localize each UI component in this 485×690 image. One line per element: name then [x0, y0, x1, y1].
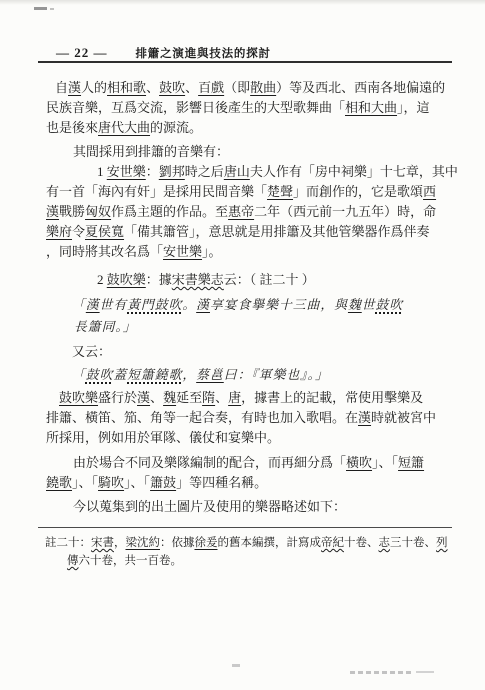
scan-artifact: [50, 8, 54, 10]
underlined-term: 帝紀: [321, 537, 344, 549]
running-title: 排簫之演進與技法的探討: [136, 48, 271, 60]
text-segment: ，同時將其改名爲「: [46, 244, 163, 259]
underlined-term: 鼓吹樂: [59, 390, 98, 405]
underlined-term: 簫鼓: [150, 475, 176, 490]
underlined-term: 相和歌: [107, 80, 146, 95]
scan-edge-shadow: [0, 0, 485, 5]
underlined-term: 漢: [358, 410, 371, 425]
underlined-term: 志: [379, 537, 391, 549]
text-line: 又云：: [46, 342, 454, 362]
underlined-term: 楚聲: [267, 184, 293, 199]
underlined-term: 西: [423, 184, 436, 199]
underlined-term: 列: [436, 537, 448, 549]
text-segment: 六十卷，共一百卷。: [79, 555, 183, 567]
underlined-term: 隋: [202, 390, 215, 405]
text-segment: 「: [72, 368, 86, 382]
text-segment: 今以蒐集到的出土圖片及使用的樂器略述如下：: [73, 499, 346, 514]
text-segment: 」、「: [372, 455, 398, 470]
underlined-term: 百戲: [198, 80, 224, 95]
text-line: 「漢世有黃門鼓吹。漢享宴食擧樂十三曲，與魏世鼓吹: [46, 294, 454, 316]
text-segment: 三十卷、: [390, 537, 436, 549]
text-segment: 2: [97, 272, 107, 287]
text-segment: 十卷、: [344, 537, 379, 549]
text-line: 2 鼓吹樂：據宋書樂志云：（ 註二十 ）: [46, 270, 454, 290]
underlined-term: 唐代大曲: [98, 120, 150, 135]
text-line: 鐃歌」、「騎吹」、「簫鼓」等四種名稱。: [46, 473, 454, 493]
text-line: 由於場合不同及樂隊編制的配合，而再細分爲「橫吹」、「短簫: [46, 453, 454, 473]
page-header: — 22 —排簫之演進與技法的探討: [56, 44, 456, 62]
text-segment: 有一首「海內有奸」是採用民間音樂「: [46, 184, 267, 199]
text-segment: 所採用，例如用於軍隊、儀仗和宴樂中。: [46, 430, 280, 445]
text-segment: 延至: [176, 390, 202, 405]
text-segment: ，據書上的記載，常使用擊樂及: [241, 390, 423, 405]
text-segment: ：依據: [160, 537, 195, 549]
text-segment: 二年（西元前一九五年）時，命: [254, 204, 436, 219]
underlined-term: 橫吹: [346, 455, 372, 470]
text-segment: 「: [72, 298, 86, 312]
text-line: 民族音樂，互爲交流，影響日後產生的大型歌舞曲「相和大曲」，這: [46, 98, 454, 118]
text-segment: 由於場合不同及樂隊編制的配合，而再細分爲「: [73, 455, 346, 470]
underlined-term: 安世樂: [163, 244, 202, 259]
book-page: — 22 —排簫之演進與技法的探討 自漢人的相和歌、鼓吹、百戲（即散曲）等及西北…: [0, 0, 485, 690]
text-segment: 曰：『軍樂也』。」: [224, 368, 329, 382]
text-segment: 民族音樂，互爲交流，影響日後產生的大型歌舞曲「: [46, 100, 345, 115]
underlined-term: 劉邦: [159, 164, 185, 179]
text-segment: ：: [146, 164, 159, 179]
text-line: 其間採用到排簫的音樂有：: [46, 142, 454, 162]
underlined-term: 惠帝: [228, 204, 254, 219]
underlined-term: 魏: [348, 298, 362, 312]
text-segment: 」、「: [72, 475, 98, 490]
underlined-term: 騎吹: [98, 475, 124, 490]
footnote: 註二十：宋書，梁沈約：依據徐爰的舊本編撰，計寫成帝紀十卷、志三十卷、列傳六十卷，…: [45, 534, 457, 570]
text-segment: 自: [55, 80, 68, 95]
text-line: 排簫、橫笛、笳、角等一起合奏，有時也加入歌唱。在漢時就被宮中: [46, 408, 454, 428]
underlined-term: 鼓吹: [159, 80, 185, 95]
text-line: 「鼓吹蓋短簫鐃歌，蔡邕曰：『軍樂也』。」: [46, 364, 454, 386]
text-segment: 時就被宮中: [371, 410, 436, 425]
underlined-term: 徐爰: [195, 537, 218, 549]
text-segment: 」。: [202, 244, 222, 259]
underlined-term: 鼓吹樂: [107, 272, 146, 287]
underlined-term: 短簫: [398, 455, 424, 470]
text-segment: 「備其簫管」，意思就是用排簫及其他管樂器作爲伴奏: [124, 224, 430, 239]
text-segment: 享宴食擧樂十三曲，與: [210, 298, 348, 312]
underlined-term: 漢: [137, 390, 150, 405]
text-segment: 。: [182, 298, 196, 312]
text-segment: 世有: [100, 298, 128, 312]
underlined-term: 鼓吹: [376, 298, 404, 312]
text-line: 自漢人的相和歌、鼓吹、百戲（即散曲）等及西北、西南各地偏遠的: [46, 78, 454, 98]
underlined-term: 唐山: [224, 164, 250, 179]
underlined-term: 漢: [68, 80, 81, 95]
underlined-term: 短簫鐃歌: [127, 368, 182, 382]
text-segment: （即: [224, 80, 250, 95]
underlined-term: 宋書: [91, 537, 114, 549]
underlined-term: 漢: [46, 204, 59, 219]
text-segment: 盛行於: [98, 390, 137, 405]
text-segment: 時之后: [185, 164, 224, 179]
text-line: 樂府令夏侯寬「備其簫管」，意思就是用排簫及其他管樂器作爲伴奏: [46, 222, 454, 242]
text-segment: 其間採用到排簫的音樂有：: [73, 144, 229, 159]
scan-artifact: [34, 7, 47, 10]
text-segment: 排簫、橫笛、笳、角等一起合奏，有時也加入歌唱。在: [46, 410, 358, 425]
underlined-term: 散曲: [250, 80, 276, 95]
text-segment: 世: [362, 298, 376, 312]
text-segment: 云：（ 註二十 ）: [224, 272, 315, 287]
text-line: 所採用，例如用於軍隊、儀仗和宴樂中。: [46, 428, 454, 448]
text-segment: 作爲主題的作品。至: [111, 204, 228, 219]
underlined-term: 鼓吹: [86, 368, 114, 382]
underlined-term: 匈奴: [85, 204, 111, 219]
text-segment: ，: [114, 537, 126, 549]
underlined-term: 相和大曲: [345, 100, 397, 115]
scan-artifact: [416, 671, 434, 673]
page-number: — 22 —: [56, 45, 108, 60]
text-segment: 又云：: [72, 344, 111, 359]
underlined-term: 梁沈約: [126, 537, 161, 549]
text-segment: ，: [182, 368, 196, 382]
underlined-term: 魏: [163, 390, 176, 405]
underlined-term: 唐: [228, 390, 241, 405]
text-segment: 戰勝: [59, 204, 85, 219]
text-segment: 」等四種名稱。: [176, 475, 267, 490]
underlined-term: 蔡邕: [196, 368, 224, 382]
text-segment: 也是後來: [46, 120, 98, 135]
underlined-term: 安世樂: [107, 164, 146, 179]
text-segment: 人的: [81, 80, 107, 95]
text-segment: 」而創作的，它是歌頌: [293, 184, 423, 199]
text-line: ，同時將其改名爲「安世樂」。: [46, 242, 454, 262]
text-segment: 」，這: [397, 100, 430, 115]
text-line: 鼓吹樂盛行於漢、魏延至隋、唐，據書上的記載，常使用擊樂及: [46, 388, 454, 408]
scan-artifact: [350, 671, 412, 674]
body-text: 自漢人的相和歌、鼓吹、百戲（即散曲）等及西北、西南各地偏遠的民族音樂，互爲交流，…: [46, 78, 454, 517]
underlined-term: 漢: [196, 298, 210, 312]
footnote-separator: [38, 527, 452, 528]
text-segment: 、: [185, 80, 198, 95]
header-rule: [38, 61, 452, 63]
text-line: 漢戰勝匈奴作爲主題的作品。至惠帝二年（西元前一九五年）時，命: [46, 202, 454, 222]
text-line: 1 安世樂：劉邦時之后唐山夫人作有「房中祠樂」十七章，其中: [46, 162, 454, 182]
underlined-term: 傳: [67, 555, 79, 567]
text-line: 註二十：宋書，梁沈約：依據徐爰的舊本編撰，計寫成帝紀十卷、志三十卷、列: [45, 534, 457, 552]
text-segment: 的舊本編撰，計寫成: [218, 537, 322, 549]
text-segment: 、: [215, 390, 228, 405]
underlined-term: 漢: [86, 298, 100, 312]
text-segment: 1: [97, 164, 107, 179]
text-line: 也是後來唐代大曲的源流。: [46, 118, 454, 138]
text-segment: 夫人作有「房中祠樂」十七章，其中: [250, 164, 458, 179]
text-segment: 令: [72, 224, 85, 239]
text-segment: ：據: [146, 272, 172, 287]
text-segment: 、: [146, 80, 159, 95]
text-segment: 」、「: [124, 475, 150, 490]
underlined-term: 鐃歌: [46, 475, 72, 490]
underlined-term: 夏侯寬: [85, 224, 124, 239]
text-line: 長簫同。」: [46, 316, 454, 338]
underlined-term: 宋書樂志: [172, 272, 224, 287]
text-segment: 的源流。: [150, 120, 202, 135]
underlined-term: 黃門鼓吹: [127, 298, 182, 312]
text-segment: ）等及西北、西南各地偏遠的: [276, 80, 445, 95]
underlined-term: 樂府: [46, 224, 72, 239]
text-segment: 蓋: [113, 368, 127, 382]
text-segment: 長簫同。」: [74, 320, 137, 334]
text-segment: 、: [150, 390, 163, 405]
text-line: 有一首「海內有奸」是採用民間音樂「楚聲」而創作的，它是歌頌西: [46, 182, 454, 202]
text-segment: 註二十：: [45, 537, 91, 549]
text-line: 傳六十卷，共一百卷。: [45, 552, 457, 570]
scan-artifact: [232, 664, 240, 667]
text-line: 今以蒐集到的出土圖片及使用的樂器略述如下：: [46, 497, 454, 517]
